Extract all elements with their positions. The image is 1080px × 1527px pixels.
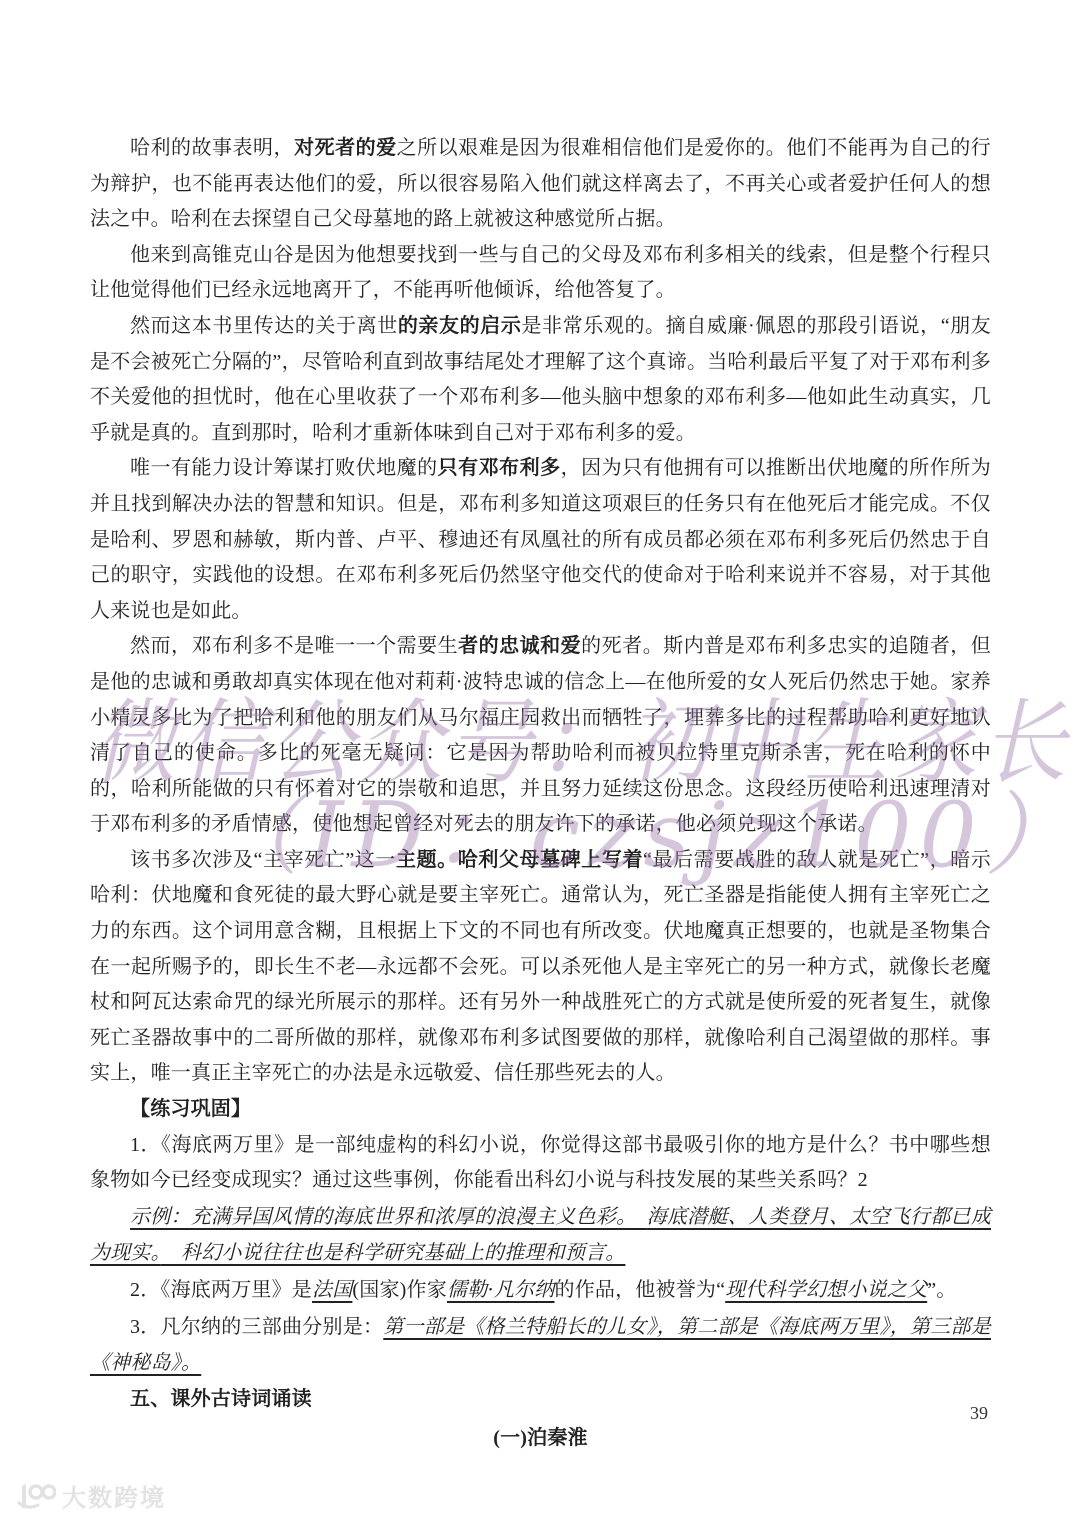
text-run: (国家)作家 <box>352 1279 447 1301</box>
text-run: 对死者的爱 <box>294 137 397 159</box>
text-run: 3．凡尔纳的三部曲分别是： <box>130 1316 383 1338</box>
paragraph: 唯一有能力设计筹谋打败伏地魔的只有邓布利多，因为只有他拥有可以推断出伏地魔的所作… <box>90 451 991 629</box>
text-run: 五、课外古诗词诵读 <box>130 1388 312 1410</box>
paragraph: 然而，邓布利多不是唯一一个需要生者的忠诚和爱的死者。斯内普是邓布利多忠实的追随者… <box>90 629 991 843</box>
paragraph: 2．《海底两万里》是法国(国家)作家儒勒·凡尔纳的作品，他被誉为“现代科学幻想小… <box>90 1272 991 1309</box>
centered-title: (一)泊秦淮 <box>90 1421 991 1457</box>
text-run: 的作品，他被誉为“ <box>555 1279 726 1301</box>
text-run: “最后需要战胜的敌人就是死亡”，暗示哈利：伏地魔和食死徒的最大野心就是要主宰死亡… <box>90 849 991 1085</box>
text-run: 科幻小说往往也是科学研究基础上的推理和预言。 <box>181 1240 625 1264</box>
text-run: 【练习巩固】 <box>130 1098 251 1120</box>
text-run: 唯一有能力设计筹谋打败伏地魔的 <box>130 457 438 479</box>
paragraph: 然而这本书里传达的关于离世的亲友的启示是非常乐观的。摘自威廉·佩恩的那段引语说，… <box>90 309 991 451</box>
section-heading: 五、课外古诗词诵读 <box>90 1382 991 1418</box>
text-run: 他来到高锥克山谷是因为他想要找到一些与自己的父母及邓布利多相关的线索，但是整个行… <box>90 244 991 302</box>
text-run: ，因为只有他拥有可以推断出伏地魔的所作所为并且找到解决办法的智慧和知识。但是，邓… <box>90 457 991 621</box>
brand-100-icon <box>16 1483 56 1509</box>
page-number: 39 <box>970 1403 988 1424</box>
paragraph: 哈利的故事表明，对死者的爱之所以艰难是因为很难相信他们是爱你的。他们不能再为自己… <box>90 131 991 238</box>
text-run: 2．《海底两万里》是 <box>130 1279 312 1301</box>
text-run: 该书多次涉及“主宰死亡”这一 <box>130 849 396 871</box>
brand-watermark: 大数跨境 <box>16 1478 166 1513</box>
brand-watermark-label: 大数跨境 <box>62 1478 166 1513</box>
section-heading: 【练习巩固】 <box>90 1092 991 1128</box>
text-run: 然而，邓布利多不是唯一一个需要生 <box>130 635 458 657</box>
text-run: 的死者。斯内普是邓布利多忠实的追随者，但是他的忠诚和勇敢却真实体现在他对莉莉·波… <box>90 635 991 835</box>
text-run: 1．《海底两万里》是一部纯虚构的科幻小说，你觉得这部书最吸引你的地方是什么？书中… <box>90 1134 991 1192</box>
paragraph: 他来到高锥克山谷是因为他想要找到一些与自己的父母及邓布利多相关的线索，但是整个行… <box>90 238 991 309</box>
text-run <box>161 1240 181 1264</box>
paragraph: 3．凡尔纳的三部曲分别是：第一部是《格兰特船长的儿女》，第二部是《海底两万里》，… <box>90 1309 991 1382</box>
text-run: 儒勒·凡尔纳 <box>447 1277 555 1301</box>
text-run: 现代科学幻想小说之父 <box>725 1277 927 1301</box>
text-run: 示例：充满异国风情的海底世界和浓厚的浪漫主义色彩。 <box>130 1204 626 1228</box>
text-run: 只有邓布利多 <box>438 457 561 479</box>
text-run: 哈利的故事表明， <box>130 137 294 159</box>
text-run: 法国 <box>312 1277 352 1301</box>
text-run: 主题。哈利父母墓碑上写着 <box>396 849 643 871</box>
paragraph: 示例：充满异国风情的海底世界和浓厚的浪漫主义色彩。 海底潜艇、人类登月、太空飞行… <box>90 1199 991 1272</box>
document-page: 哈利的故事表明，对死者的爱之所以艰难是因为很难相信他们是爱你的。他们不能再为自己… <box>0 0 1080 1527</box>
text-run <box>626 1204 646 1228</box>
text-run: 然而这本书里传达的关于离世 <box>130 315 398 337</box>
paragraph: 该书多次涉及“主宰死亡”这一主题。哈利父母墓碑上写着“最后需要战胜的敌人就是死亡… <box>90 843 991 1092</box>
text-run: ”。 <box>927 1279 956 1301</box>
text-run: 者的忠诚和爱 <box>458 635 581 657</box>
text-run: 的亲友的启示 <box>398 315 522 337</box>
document-body: 哈利的故事表明，对死者的爱之所以艰难是因为很难相信他们是爱你的。他们不能再为自己… <box>90 131 991 1457</box>
text-run: (一)泊秦淮 <box>493 1427 588 1449</box>
paragraph: 1．《海底两万里》是一部纯虚构的科幻小说，你觉得这部书最吸引你的地方是什么？书中… <box>90 1128 991 1199</box>
